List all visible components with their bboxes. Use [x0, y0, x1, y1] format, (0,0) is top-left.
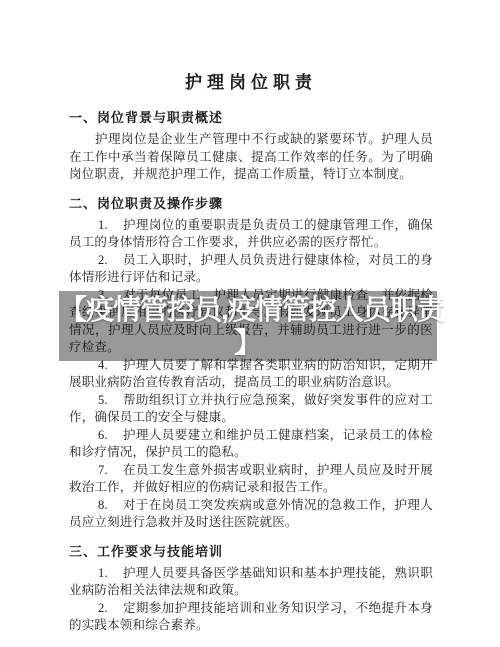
item-text: 帮助组织订立并执行应急预案，做好突发事件的应对工作，确保员工的安全与健康。 — [69, 393, 433, 425]
overlay-title-line2: 】 — [59, 328, 437, 358]
section-heading: 一、岗位背景与职责概述 — [69, 107, 433, 126]
list-item: 2.员工入职时，护理人员负责进行健康体检，对员工的身体情形进行评估和记录。 — [69, 252, 433, 287]
doc-title: 护理岗位职责 — [69, 68, 433, 93]
list-item: 1.护理人员要具备医学基础知识和基本护理技能，熟识职业病防治相关法律法规和政策。 — [69, 565, 433, 600]
document-page: 护理岗位职责 一、岗位背景与职责概述 护理岗位是企业生产管理中不行或缺的紧要环节… — [0, 0, 500, 647]
item-text: 护理岗位的重要职责是负责员工的健康管理工作，确保员工的身体情形符合工作要求，并供… — [69, 218, 433, 250]
item-number: 5. — [98, 393, 108, 407]
list-item: 8.对于在岗员工突发疾病或意外情况的急救工作，护理人员应立刻进行急救并及时送往医… — [69, 497, 433, 532]
item-number: 1. — [98, 566, 108, 580]
list-item: 4.护理人员要了解和掌握各类职业病的防治知识，定期开展职业病防治宣传教育活动，提… — [69, 357, 433, 392]
item-number: 2. — [98, 253, 108, 267]
item-number: 1. — [98, 218, 108, 232]
overlay-title-line1: 【疫情管控员,疫情管控人员职责 — [59, 291, 437, 328]
section-duties-steps: 二、岗位职责及操作步骤 1.护理岗位的重要职责是负责员工的健康管理工作，确保员工… — [69, 193, 433, 532]
item-text: 护理人员要具备医学基础知识和基本护理技能，熟识职业病防治相关法律法规和政策。 — [69, 566, 433, 598]
overlay-banner[interactable]: 【疫情管控员,疫情管控人员职责 】 — [59, 291, 437, 361]
section-background-overview: 一、岗位背景与职责概述 护理岗位是企业生产管理中不行或缺的紧要环节。护理人员在工… — [69, 107, 433, 184]
item-text: 员工入职时，护理人员负责进行健康体检，对员工的身体情形进行评估和记录。 — [69, 253, 433, 285]
item-text: 对于在岗员工突发疾病或意外情况的急救工作，护理人员应立刻进行急救并及时送往医院就… — [69, 498, 433, 530]
section-requirements-training: 三、工作要求与技能培训 1.护理人员要具备医学基础知识和基本护理技能，熟识职业病… — [69, 541, 433, 635]
item-number: 7. — [98, 463, 108, 477]
list-item: 5.帮助组织订立并执行应急预案，做好突发事件的应对工作，确保员工的安全与健康。 — [69, 392, 433, 427]
item-number: 8. — [98, 498, 108, 512]
body-paragraph: 护理岗位是企业生产管理中不行或缺的紧要环节。护理人员在工作中承当着保障员工健康、… — [69, 131, 433, 184]
list-item: 6.护理人员要建立和维护员工健康档案，记录员工的体检和诊疗情况，保护员工的隐私。 — [69, 427, 433, 462]
section-heading: 三、工作要求与技能培训 — [69, 541, 433, 560]
item-number: 2. — [98, 601, 108, 615]
list-item: 1.护理岗位的重要职责是负责员工的健康管理工作，确保员工的身体情形符合工作要求，… — [69, 217, 433, 252]
item-text: 在员工发生意外损害或职业病时，护理人员应及时开展救治工作，并做好相应的伤病记录和… — [69, 463, 433, 495]
item-text: 护理人员要建立和维护员工健康档案，记录员工的体检和诊疗情况，保护员工的隐私。 — [69, 428, 433, 460]
list-item: 2.定期参加护理技能培训和业务知识学习，不绝提升本身的实践本领和综合素养。 — [69, 600, 433, 635]
section-heading: 二、岗位职责及操作步骤 — [69, 193, 433, 212]
item-number: 6. — [98, 428, 108, 442]
list-item: 7.在员工发生意外损害或职业病时，护理人员应及时开展救治工作，并做好相应的伤病记… — [69, 462, 433, 497]
item-text: 护理人员要了解和掌握各类职业病的防治知识，定期开展职业病防治宣传教育活动，提高员… — [69, 358, 433, 390]
item-text: 定期参加护理技能培训和业务知识学习，不绝提升本身的实践本领和综合素养。 — [69, 601, 433, 633]
